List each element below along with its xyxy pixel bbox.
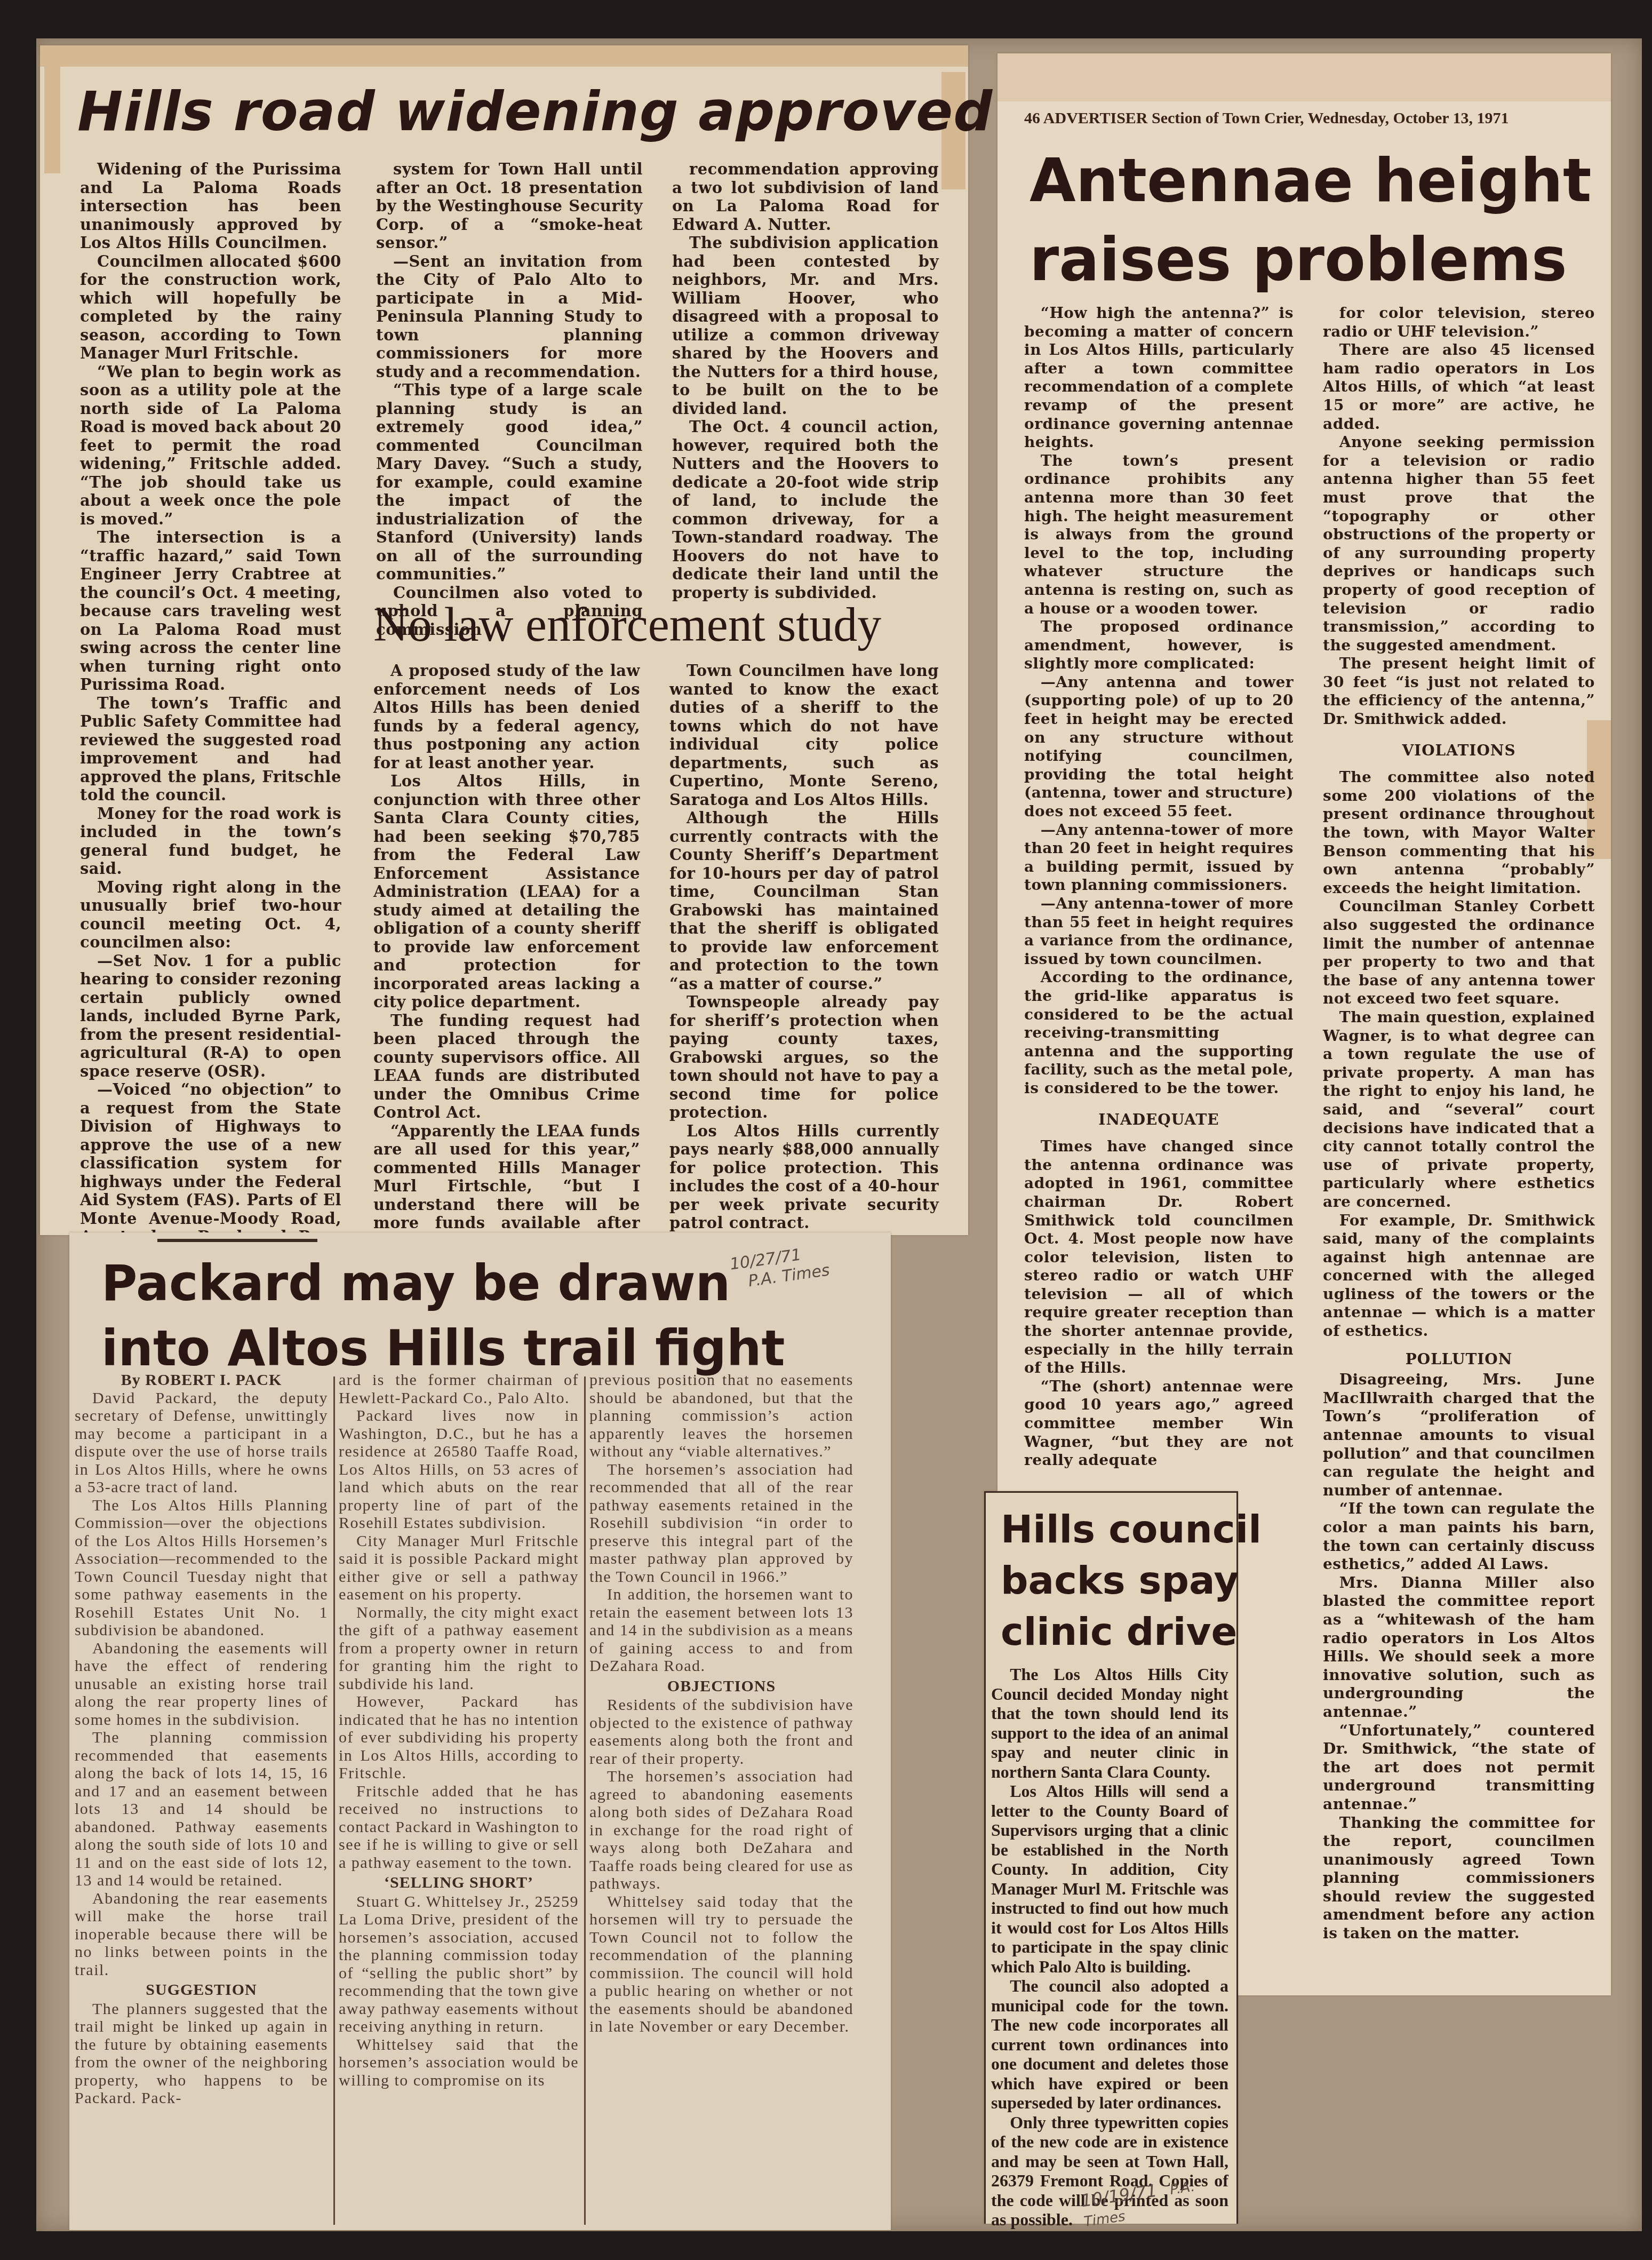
law-column-2: Town Councilmen have long wanted to know… bbox=[669, 662, 939, 1232]
subhead-suggestion: SUGGESTION bbox=[75, 1981, 328, 1999]
road-column-3: recommendation approving a two lot subdi… bbox=[672, 160, 939, 602]
subhead-inadequate: INADEQUATE bbox=[1024, 1111, 1294, 1129]
headline-antennae: Antennae height raises problems bbox=[1029, 141, 1591, 299]
antenna-column-1: “How high the antenna?” is becoming a ma… bbox=[1024, 304, 1294, 1470]
tape-strip bbox=[997, 53, 1611, 101]
packard-column-3: previous position that no easements shou… bbox=[589, 1371, 853, 2036]
page-header: 46 ADVERTISER Section of Town Crier, Wed… bbox=[1024, 109, 1509, 128]
tape-strip bbox=[44, 67, 60, 173]
headline-packard: Packard may be drawn into Altos Hills tr… bbox=[101, 1251, 785, 1381]
rule-horizontal bbox=[157, 1239, 317, 1242]
subhead-objections: OBJECTIONS bbox=[589, 1677, 853, 1696]
column-rule bbox=[584, 1376, 586, 2225]
handwritten-date-note: 10/27/71 P.A. Times bbox=[729, 1242, 831, 1294]
clipping-spay-clinic: Hills council backs spay clinic drive Th… bbox=[984, 1491, 1238, 2224]
column-rule bbox=[333, 1376, 335, 2225]
road-column-1: Widening of the Purissima and La Paloma … bbox=[80, 160, 341, 1357]
spay-column: The Los Altos Hills City Council decided… bbox=[991, 1665, 1228, 2230]
byline: By ROBERT I. PACK bbox=[75, 1371, 328, 1389]
headline-spay-clinic: Hills council backs spay clinic drive bbox=[1001, 1503, 1262, 1657]
subhead-violations: VIOLATIONS bbox=[1323, 742, 1595, 760]
clipping-packard: Packard may be drawn into Altos Hills tr… bbox=[69, 1232, 891, 2230]
packard-column-1: By ROBERT I. PACK David Packard, the dep… bbox=[75, 1371, 328, 2107]
subhead-pollution: POLLUTION bbox=[1323, 1350, 1595, 1369]
road-column-2: system for Town Hall until after an Oct.… bbox=[376, 160, 643, 639]
subhead-selling-short: ‘SELLING SHORT’ bbox=[339, 1874, 579, 1892]
packard-column-2: ard is the former chairman of Hewlett-Pa… bbox=[339, 1371, 579, 2089]
clipping-road-widening: Hills road widening approved Widening of… bbox=[40, 45, 968, 1235]
antenna-column-2: for color television, stereo radio or UH… bbox=[1323, 304, 1595, 1943]
law-column-1: A proposed study of the law enforcement … bbox=[373, 662, 640, 1251]
headline-road-widening: Hills road widening approved bbox=[77, 80, 993, 144]
tape-strip bbox=[40, 45, 968, 67]
headline-no-law-enforcement: No law enforcement study bbox=[373, 598, 881, 652]
